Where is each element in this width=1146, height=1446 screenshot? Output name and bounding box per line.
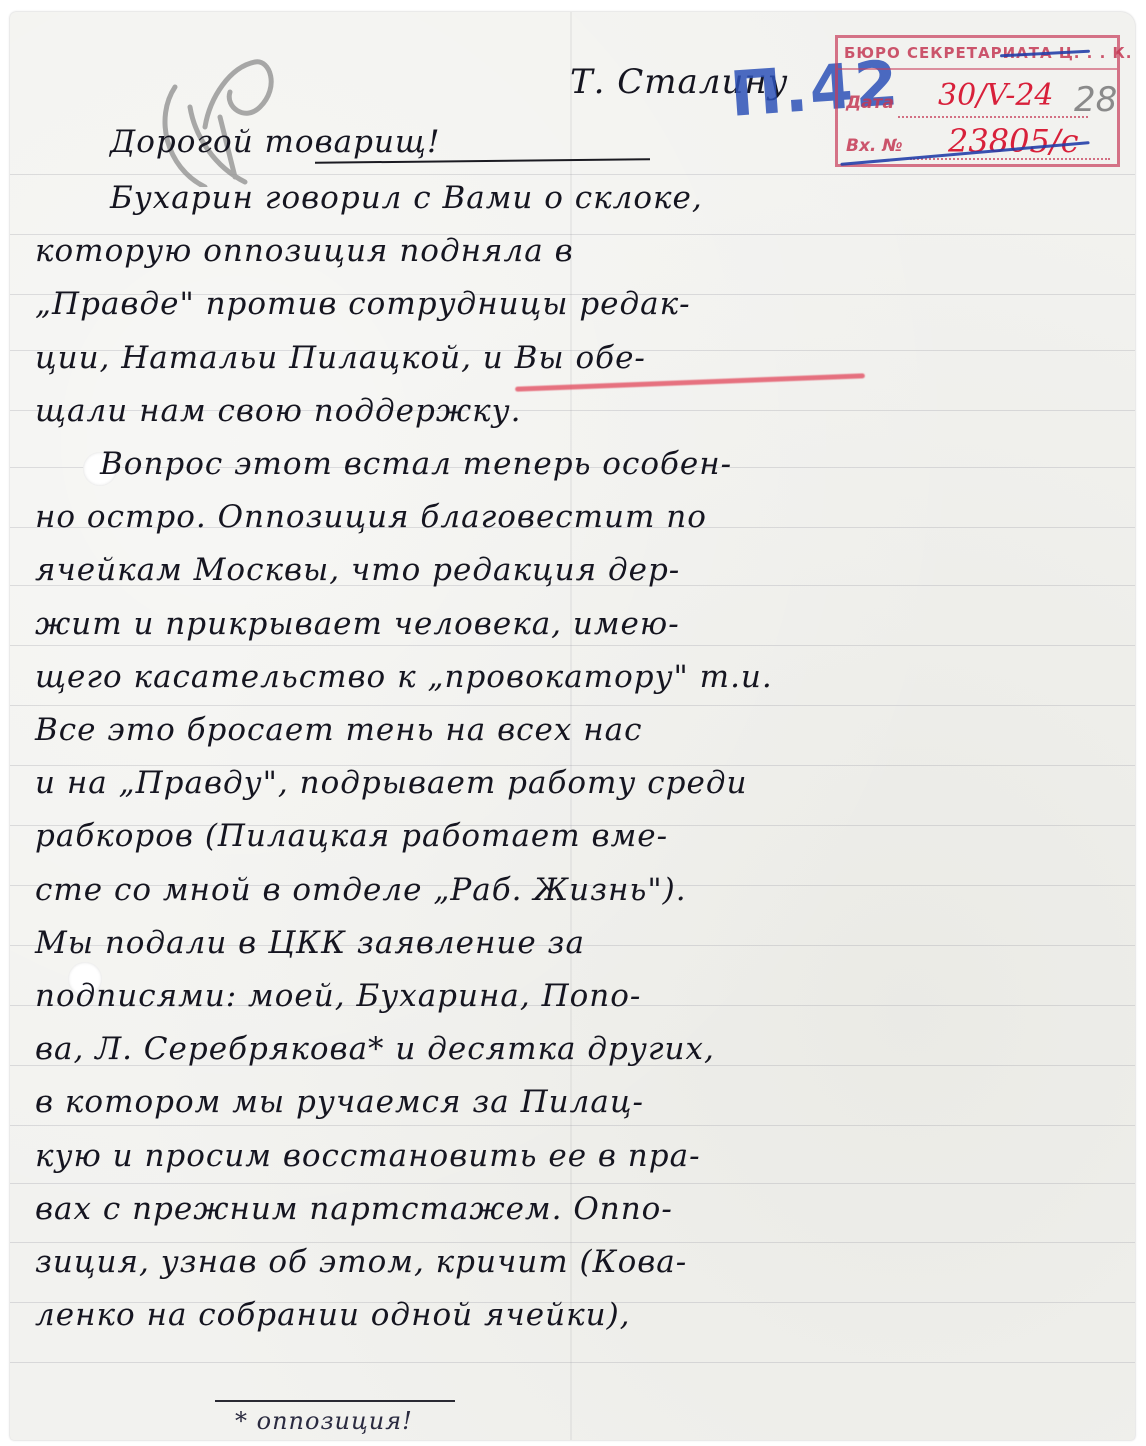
ruled-line xyxy=(10,1183,1135,1184)
letter-line: подписями: моей, Бухарина, Попо- xyxy=(35,978,641,1014)
letter-line: кую и просим восстановить ее в пра- xyxy=(35,1138,701,1174)
footnote-rule xyxy=(215,1400,455,1402)
footnote: * оппозиция! xyxy=(235,1407,413,1435)
letter-line: ленко на собрании одной ячейки), xyxy=(35,1297,631,1333)
registration-stamp: БЮРО СЕКРЕТАРИАТА Ц. . . К. П (б) Дата 3… xyxy=(835,35,1120,167)
salutation: Дорогой товарищ! xyxy=(110,124,440,160)
stamp-date-dots xyxy=(898,116,1088,118)
letter-line: в котором мы ручаемся за Пилац- xyxy=(35,1084,644,1120)
ruled-line xyxy=(10,705,1135,706)
ruled-line xyxy=(10,645,1135,646)
ruled-line xyxy=(10,1242,1135,1243)
stamp-date-value: 30/V-24 xyxy=(938,78,1054,113)
ruled-line xyxy=(10,1125,1135,1126)
letter-line: и на „Правду", подрывает работу среди xyxy=(35,765,747,801)
letter-page: Т. Сталину П.42 БЮРО СЕКРЕТАРИАТА Ц. . .… xyxy=(10,12,1135,1440)
letter-line: которую оппозиция подняла в xyxy=(35,233,574,269)
stamp-title: БЮРО СЕКРЕТАРИАТА Ц. . . К. П (б) xyxy=(844,44,1135,62)
stamp-incoming-label: Вх. № xyxy=(846,136,903,156)
letter-line: зиция, узнав об этом, кричит (Кова- xyxy=(35,1244,687,1280)
letter-line: ва, Л. Серебрякова* и десятка других, xyxy=(35,1031,715,1067)
letter-line: Все это бросает тень на всех нас xyxy=(35,712,642,748)
stamp-pencil-number: 28 xyxy=(1074,80,1117,120)
stamp-date-label: Дата xyxy=(846,93,894,113)
letter-line: Бухарин говорил с Вами о склоке, xyxy=(110,180,703,216)
letter-line: Мы подали в ЦКК заявление за xyxy=(35,925,585,961)
letter-line: щего касательство к „провокатору" т.и. xyxy=(35,659,773,695)
letter-line: щали нам свою поддержку. xyxy=(35,393,521,429)
letter-line: сте со мной в отделе „Раб. Жизнь"). xyxy=(35,872,687,908)
letter-line: рабкоров (Пилацкая работает вме- xyxy=(35,818,668,854)
pencil-scribble-icon xyxy=(135,47,285,187)
stamp-separator xyxy=(838,68,1117,70)
letter-line: „Правде" против сотрудницы редак- xyxy=(35,286,691,322)
ruled-line xyxy=(10,1362,1135,1363)
letter-line: вах с прежним партстажем. Оппо- xyxy=(35,1191,673,1227)
red-underline xyxy=(515,373,865,391)
letter-line: но остро. Оппозиция благовестит по xyxy=(35,499,707,535)
letter-line: ячейкам Москвы, что редакция дер- xyxy=(35,552,680,588)
letter-line: жит и прикрывает человека, имею- xyxy=(35,606,680,642)
letter-line: Вопрос этот встал теперь особен- xyxy=(100,446,732,482)
letter-line: ции, Натальи Пилацкой, и Вы обе- xyxy=(35,340,646,376)
